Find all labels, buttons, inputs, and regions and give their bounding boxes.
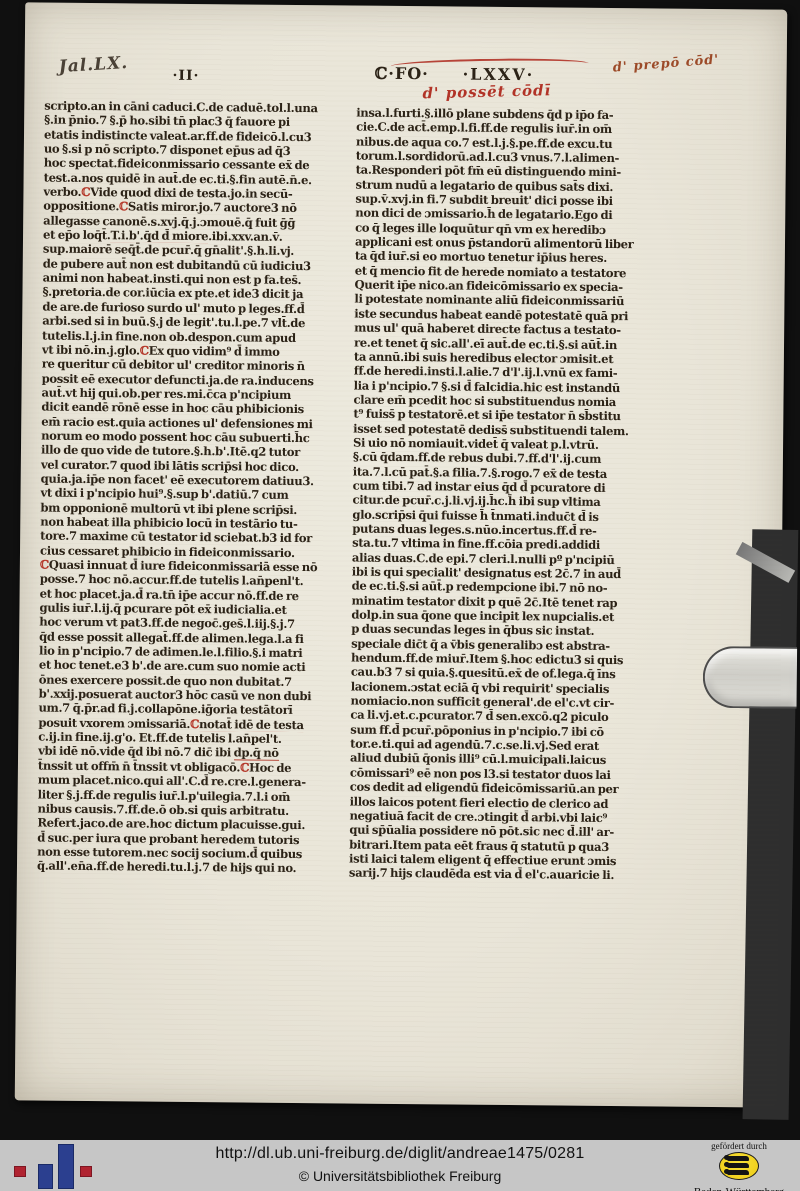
digital-library-footer-bar: http://dl.ub.uni-freiburg.de/diglit/andr… [0,1140,800,1191]
scanned-manuscript-page: Jal.LX. ·II· ℂ·FO· ·LXXV· d' possēt cōdī… [15,2,788,1107]
text-column-left: scripto.an in cāni caduci.C.de caduē.tol… [37,99,342,876]
funding-credit: gefördert durch Baden-Württemberg [684,1140,794,1191]
folio-label: ℂ·FO· [375,64,429,85]
persistent-url[interactable]: http://dl.ub.uni-freiburg.de/diglit/andr… [0,1145,800,1163]
lion-glyph [727,1156,749,1161]
rubricator-annotation-right: d' prepō cōd' [612,52,720,75]
folio-prefix: ℂ·FO· [375,64,429,84]
printed-quire-numeral: ·II· [173,68,200,84]
lion-glyph [727,1163,749,1168]
funding-label: gefördert durch [684,1141,794,1151]
text-column-right: insa.l.furti.§.illō plane subdens q̄d p … [349,106,654,883]
text-line: q̄.all'.en̄a.ff.de heredi.tu.l.j.7 de hi… [37,859,335,876]
copyright-notice: © Universitätsbibliothek Freiburg [0,1168,800,1184]
handwritten-folio-note: Jal.LX. [58,53,129,77]
baden-wuerttemberg-coat-of-arms-icon [719,1152,759,1180]
rubricator-annotation-center: d' possēt cōdī [422,81,551,102]
lion-glyph [727,1170,749,1175]
text-line: sarij.7 hijs claudēda est via d̄ el'c.au… [349,866,647,883]
book-snake-weight [703,646,798,709]
funding-region-label: Baden-Württemberg [684,1186,794,1191]
book-fore-edge [743,529,799,1120]
